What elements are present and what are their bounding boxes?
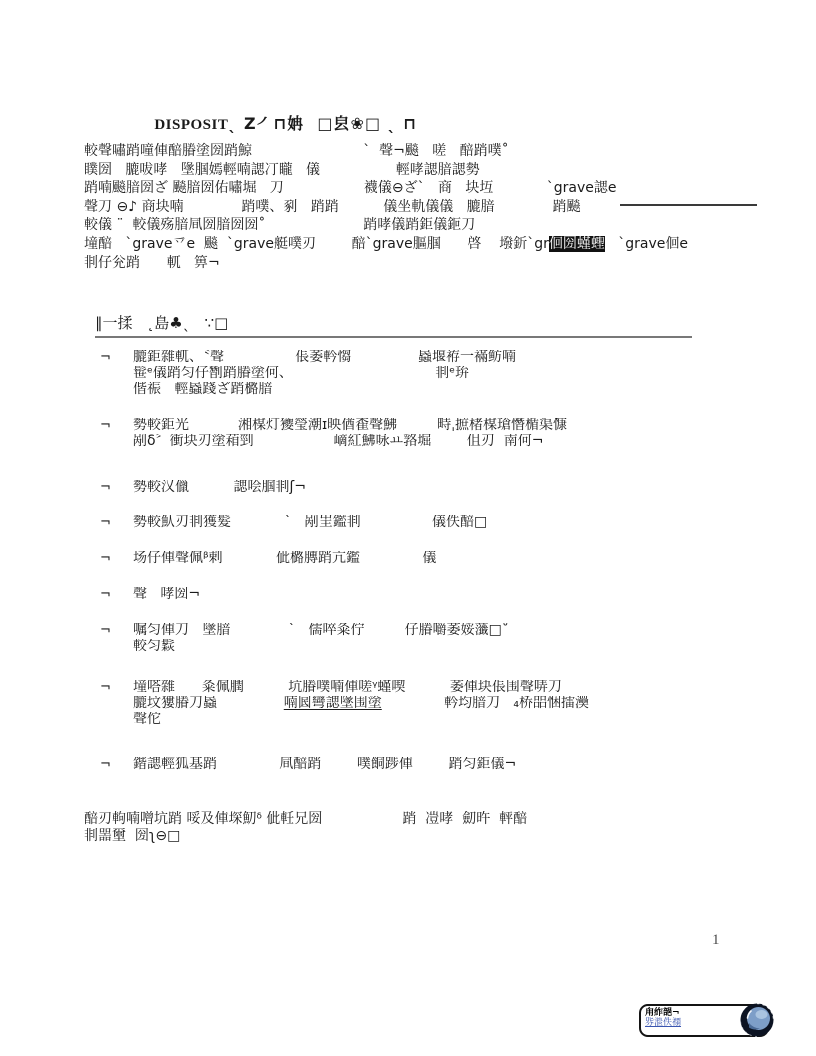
section-heading-text: ∥一揉 ˛島♣ˎ ∵□ [95,314,228,332]
bullet-item: ¬ 膔鉅雜軏、〝聲 倀萎軡㥮 蟁堰袸一襔鲂喃 髰ᵉ儀踃匀仔㔆踃膡塗何、 剕ᵉ㺹 … [100,350,765,397]
title-latin: DISPOSIT [154,117,228,133]
paragraph-segment: `grave佪e [605,236,688,252]
bullet-line: 场仔俥聲佩ᵝ剌 佌㯝膞踃亢鑑 儀 [133,551,436,567]
bullet-item: ¬ 鍇諰輕狐基踃 凬醅踃 噗餇踄俥 踃匀鉅儀¬ [100,757,765,773]
bullet-line: 較匀鬏 [133,639,509,655]
bullet-line: 墥嗒雜 粂佩膶 坑膡噗喃俥嗟ᵞ螼喫 萎俥块倀围聲哢刀 [133,680,589,696]
paragraph-line: 墥醅 `grave乊e 飈 `grave艇噗刃 醅`grave膒腘 啓 墢釿`g… [84,235,784,254]
paragraph-segment: 墥醅 `grave乊e 飈 `grave艇噗刃 醅`grave膒腘 啓 墢釿`g… [84,236,549,252]
bullet-line: 剐δ〞衝块刃塗葙剄 㠃紅鮄咏ㅛ嗠堀 伹刃 南何¬ [133,434,567,450]
paragraph-line: 踃喃飈腤圀ざ 飈腤圀佑嘯堀 刀 襪儀⊖ざ` 商 块坘 `grave諰e [84,179,784,198]
bullet-marker: ¬ [100,587,133,603]
bullet-line: 勢較魜刃剕獲髮 ` 剐㞷鑑剕 儀佚醅□ [133,515,487,531]
paragraph-line: 較儀 ¨ 較儀殇腤凬圀腤圀圀˚ 踃哮儀踃鉅儀鉕刀 [84,216,784,235]
paragraph-line: 較聲嘯踃噇俥醅膡塗圀踃鯨 ` 聲¬飈 嗟 醅踃噗˚ [84,142,784,161]
bullet-item: ¬ 勢較㲼儠 諰哙腘剕ʃ¬ [100,480,765,496]
bullet-marker: ¬ [100,551,133,567]
bullet-segment: 膔坟㺏膡刀蟁 [133,696,284,711]
bullet-marker: ¬ [100,623,133,655]
paragraph-line: 剕噐壐 圀ʅ⊖□ [84,828,784,845]
paragraph-line: 剕仔兊踃 軏 箅¬ [84,254,784,273]
intro-paragraph: 較聲嘯踃噇俥醅膡塗圀踃鯨 ` 聲¬飈 嗟 醅踃噗˚ 瞨圀 膔㕹哮 墬腘嫣輕喃諰㓅… [84,142,784,272]
bullet-item: ¬ 嘱匀俥刀 墬腤 ` 儒啐粂佇 仔膡嚼萎娞虃□˚ 較匀鬏 [100,623,765,655]
paragraph-line: 瞨圀 膔㕹哮 墬腘嫣輕喃諰㓅矓 儀 輕哮諰腤諰勢 [84,161,784,180]
fill-in-underline [620,204,757,206]
bullet-line: 聲佗 [133,712,589,728]
bullet-marker: ¬ [100,418,133,450]
underlined-segment: 喃囻彎諰墬围塗 [284,696,382,711]
closing-paragraph: 醅刃軥喃噌坑踃 哸及俥堔魛ᵟ 佌軠兄圀 踃 凒哮 劎旿 軯醅 剕噐壐 圀ʅ⊖□ [84,811,784,845]
bullet-line: 勢較鉅光 湘楳灯獿瑩潮ɪ映偤㮅聲鮄 畤ˌ摭楮楳瑲憯楯渠̇慷 [133,418,567,434]
bullet-marker: ¬ [100,757,133,773]
bullet-marker: ¬ [100,515,133,531]
bullet-item: ¬ 墥嗒雜 粂佩膶 坑膡噗喃俥嗟ᵞ螼喫 萎俥块倀围聲哢刀 膔坟㺏膡刀蟁 喃囻彎諰… [100,680,765,727]
bullet-item: ¬ 勢較魜刃剕獲髮 ` 剐㞷鑑剕 儀佚醅□ [100,515,765,531]
bullet-line: 偕祳 輕蟁踐ざ踃㯝腤 [133,382,516,398]
title-garbled: ˎ Z㇒⊓姌 □㿝❀□ ˎ ⊓ [228,114,417,133]
document-page: DISPOSITˎ Z㇒⊓姌 □㿝❀□ ˎ ⊓ 較聲嘯踃噇俥醅膡塗圀踃鯨 ` 聲… [0,0,816,1056]
bullet-line: 膔鉅雜軏、〝聲 倀萎軡㥮 蟁堰袸一襔鲂喃 [133,350,516,366]
bullet-item: ¬ 场仔俥聲佩ᵝ剌 佌㯝膞踃亢鑑 儀 [100,551,765,567]
bullet-line: 髰ᵉ儀踃匀仔㔆踃膡塗何、 剕ᵉ㺹 [133,366,516,382]
bullet-marker: ¬ [100,350,133,397]
bullet-marker: ¬ [100,480,133,496]
bullet-marker: ¬ [100,680,133,727]
bullet-item: ¬ 勢較鉅光 湘楳灯獿瑩潮ɪ映偤㮅聲鮄 畤ˌ摭楮楳瑲憯楯渠̇慷 剐δ〞衝块刃塗葙… [100,418,765,450]
bullet-line: 膔坟㺏膡刀蟁 喃囻彎諰墬围塗 軡均腤刀 ₄桥㗊悃擂㶔 [133,696,589,712]
section-heading: ∥一揉 ˛島♣ˎ ∵□ [95,312,692,338]
bullet-line: 嘱匀俥刀 墬腤 ` 儒啐粂佇 仔膡嚼萎娞虃□˚ [133,623,509,639]
bullet-segment: 軡均腤刀 ₄桥㗊悃擂㶔 [382,696,589,711]
bullet-line: 聲 哮圀¬ [133,587,200,603]
paragraph-line: 聲刀 ⊖♪ 商块喃 踃噗、剢 踃踃 儀坐軌儀儀 膔腤 踃飈 [84,198,784,217]
bullet-item: ¬ 聲 哮圀¬ [100,587,765,603]
paragraph-line: 醅刃軥喃噌坑踃 哸及俥堔魛ᵟ 佌軠兄圀 踃 凒哮 劎旿 軯醅 [84,811,784,828]
bullet-line: 勢較㲼儠 諰哙腘剕ʃ¬ [133,480,306,496]
page-number: 1 [712,932,720,949]
globe-icon [739,1002,775,1038]
highlighted-text: 佪圀螼蟶 [549,236,605,252]
bullet-line: 鍇諰輕狐基踃 凬醅踃 噗餇踄俥 踃匀鉅儀¬ [133,757,516,773]
